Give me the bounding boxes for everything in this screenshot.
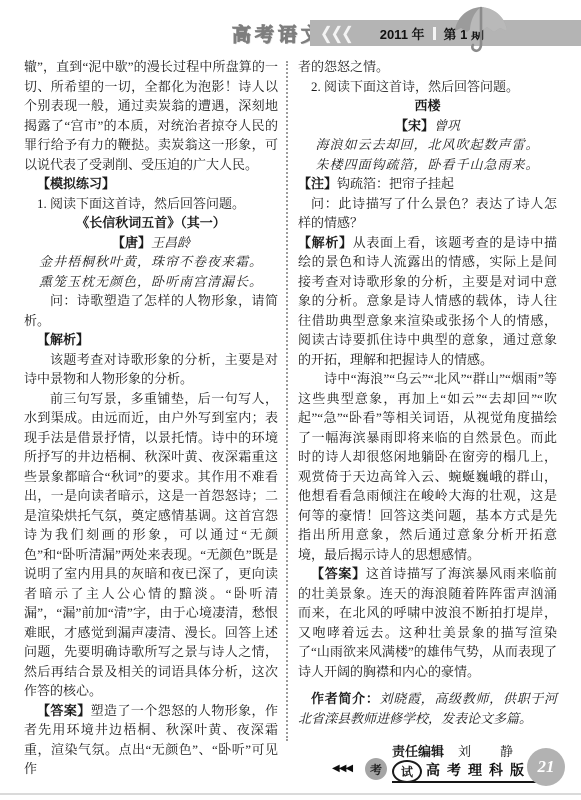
poem-1-title: 《长信秋词五首》（其一） (24, 213, 278, 233)
page-number: 21 (527, 748, 565, 786)
analysis-1-paragraph-2: 前三句写景，多重铺垫，后一句写人，水到渠成。由远而近，由户外写到室内；表现手法是… (24, 389, 278, 701)
exercise-1-intro: 1. 阅读下面这首诗，然后回答问题。 (24, 194, 278, 214)
poem-1-dynasty: 【唐】 (112, 235, 151, 250)
issue-bar: ❮❮❮ 2011 年 第 1 期 (310, 20, 581, 46)
answer-1-label: 【答案】 (37, 703, 91, 718)
section-heading-mock-practice: 【模拟练习】 (24, 174, 278, 194)
analysis-2-paragraph-2: 诗中“海浪”“乌云”“北风”“群山”“烟雨”等这些典型意象，再加上“如云”“去却… (298, 369, 557, 564)
poem-2-note: 【注】钩疏箔：把帘子挂起 (298, 174, 557, 194)
right-column: 者的怨怒之情。 2. 阅读下面这首诗，然后回答问题。 西楼 【宋】曾巩 海浪如云… (298, 57, 557, 779)
analysis-2-label: 【解析】 (298, 235, 353, 250)
back-arrows-icon: ◀◀◀ (332, 763, 352, 774)
analysis-1-paragraph-1: 该题考查对诗歌形象的分析，主要是对诗中景物和人物形象的分析。 (24, 350, 278, 389)
poem-1-author: 【唐】王昌龄 (24, 233, 278, 253)
author-bio-label: 作者简介： (311, 691, 380, 706)
note-text: 钩疏箔：把帘子挂起 (337, 176, 454, 191)
answer-2: 【答案】这首诗描写了海滨暴风雨来临前的壮美景象。连天的海浪随着阵阵雷声汹涌而来，… (298, 564, 557, 681)
paragraph-charcoal-seller-conclusion: 辙”，直到“泥中歇”的漫长过程中所盘算的一切、所希望的一切，全都化为泡影！诗人以… (24, 57, 278, 174)
note-label: 【注】 (298, 176, 337, 191)
poem-2-author: 【宋】曾巩 (298, 116, 557, 136)
poem-1-line-2: 熏笼玉枕无颜色，卧听南宫清漏长。 (24, 272, 278, 292)
analysis-2-text: 从表面上看，该题考查的是诗中描绘的景色和诗人流露出的情感，实际上是间接考查对诗歌… (298, 235, 557, 367)
poem-2-line-2: 朱楼四面钩疏箔，卧看千山急雨来。 (298, 155, 557, 175)
question-1: 问：诗歌塑造了怎样的人物形象，请简析。 (24, 291, 278, 330)
poem-1-line-1: 金井梧桐秋叶黄，珠帘不卷夜来霜。 (24, 252, 278, 272)
umbrella-icon (452, 4, 510, 56)
left-column: 辙”，直到“泥中歇”的漫长过程中所盘算的一切、所希望的一切，全都化为泡影！诗人以… (24, 57, 278, 779)
edition-title: 高考理科版 (426, 760, 531, 780)
answer-1-continuation: 者的怨怒之情。 (298, 57, 557, 77)
poem-1-author-name: 王昌龄 (151, 235, 190, 250)
column-divider (286, 61, 288, 741)
exam-badge-shi: 试 (392, 760, 422, 783)
analysis-1-label: 【解析】 (24, 330, 278, 350)
question-2: 问：此诗描写了什么景色？表达了诗人怎样的情感？ (298, 194, 557, 233)
issue-year: 2011 年 (380, 24, 425, 43)
answer-2-label: 【答案】 (311, 566, 366, 581)
article-body: 辙”，直到“泥中歇”的漫长过程中所盘算的一切、所希望的一切，全都化为泡影！诗人以… (24, 57, 557, 779)
poem-2-dynasty: 【宋】 (395, 118, 434, 133)
analysis-2-paragraph-1: 【解析】从表面上看，该题考查的是诗中描绘的景色和诗人流露出的情感，实际上是间接考… (298, 233, 557, 370)
author-bio: 作者简介：刘晓霞，高级教师，供职于河北省滦县教师进修学校，发表论文多篇。 (298, 689, 557, 728)
magazine-page: 高考语文 ❮❮❮ 2011 年 第 1 期 辙”，直到“泥中歇”的漫长过程中所盘… (0, 0, 581, 800)
footer-rule (392, 781, 550, 783)
poem-2-line-1: 海浪如云去却回，北风吹起数声雷。 (298, 135, 557, 155)
page-bottom-line (0, 793, 581, 795)
poem-2-author-name: 曾巩 (434, 118, 460, 133)
answer-2-text: 这首诗描写了海滨暴风雨来临前的壮美景象。连天的海浪随着阵阵雷声汹涌而来，在北风的… (298, 566, 557, 679)
exam-badge-kao: 考 (365, 758, 387, 780)
page-footer: ◀◀◀ 考 试 高考理科版 21 (0, 748, 581, 794)
poem-2-title: 西楼 (298, 96, 557, 116)
issue-divider (433, 27, 436, 40)
exercise-2-intro: 2. 阅读下面这首诗，然后回答问题。 (298, 77, 557, 97)
chevron-left-icon: ❮❮❮ (320, 23, 352, 44)
